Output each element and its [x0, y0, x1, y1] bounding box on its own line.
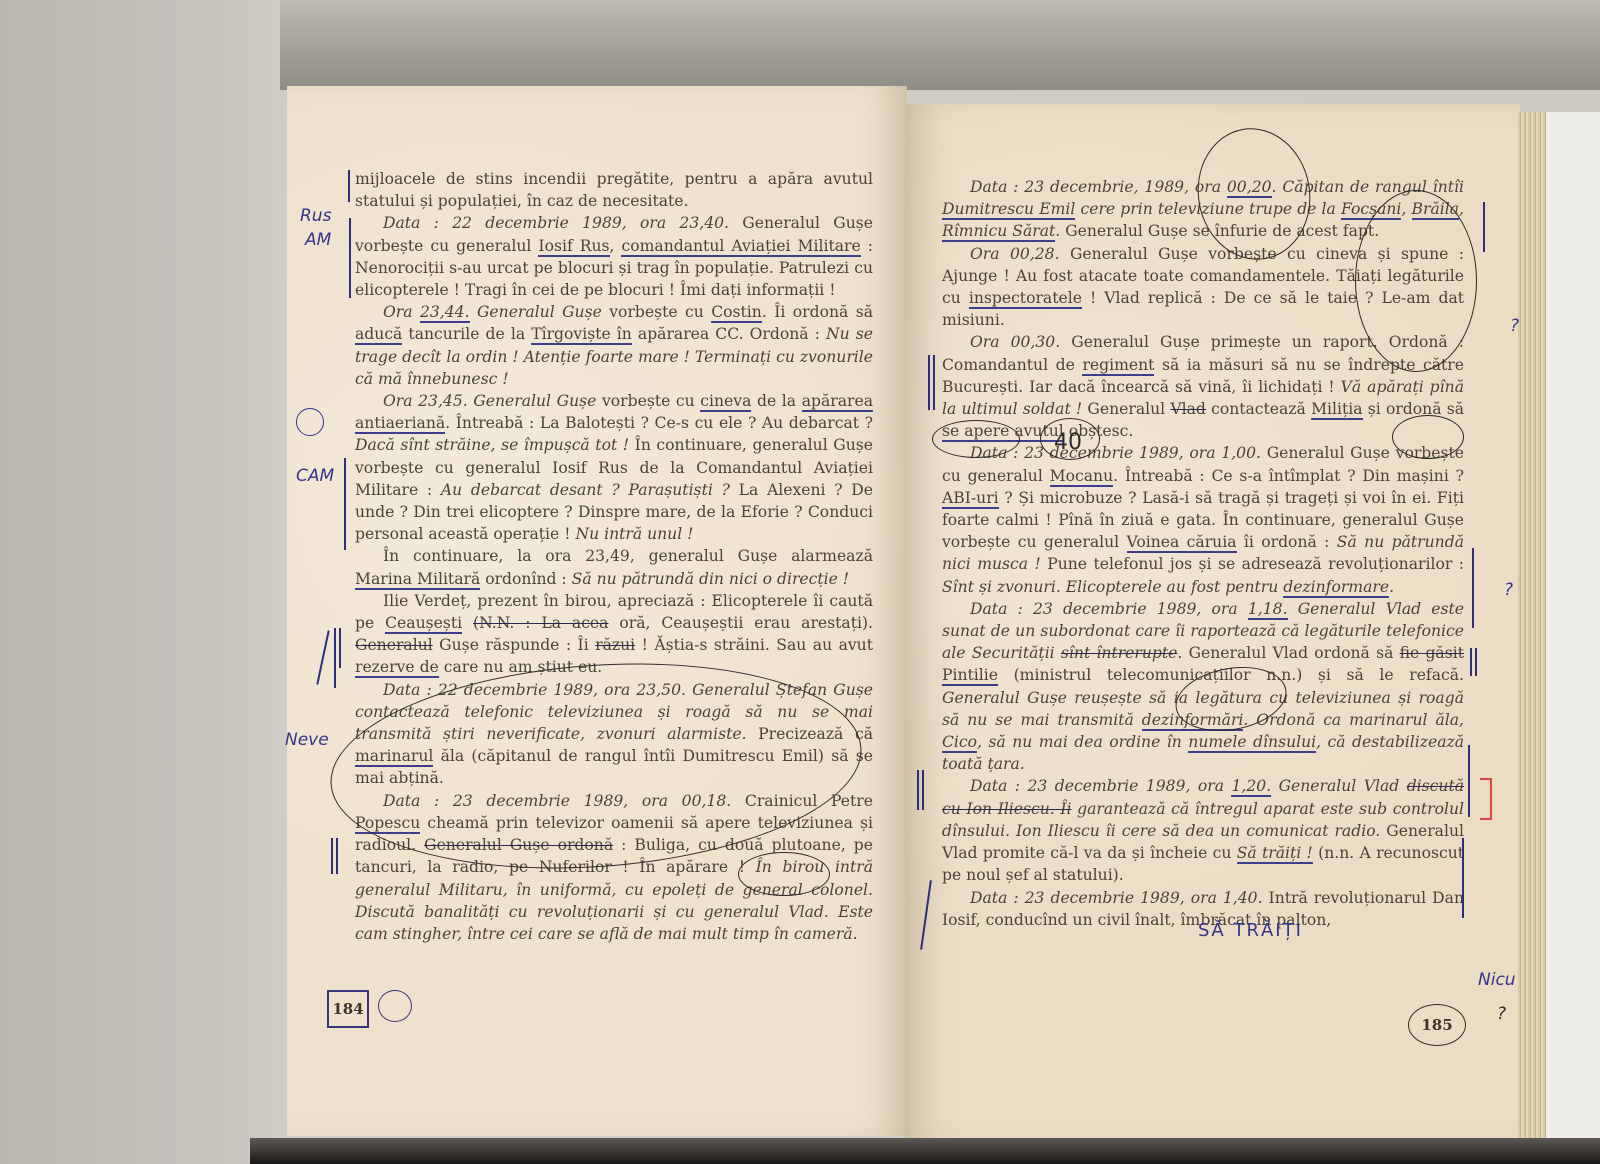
paragraph: Ora 23,44. Generalul Gușe vorbește cu Co… [355, 301, 873, 390]
underlined-text: 1,20. [1231, 777, 1271, 797]
text-run: , [1459, 200, 1464, 218]
text-run: Ora 00,30. [970, 333, 1060, 351]
paragraph: Data : 22 decembrie 1989, ora 23,40. Gen… [355, 212, 873, 301]
text-run: . Ordonă ca marinarul ăla, [1243, 711, 1464, 729]
scanner-shadow-bottom [250, 1138, 1600, 1164]
text-run [462, 614, 473, 632]
annotation-40: 40 [1054, 430, 1082, 455]
underlined-text: Miliția [1311, 400, 1362, 420]
paragraph: Data : 23 decembrie 1989, ora 1,20. Gene… [942, 775, 1464, 886]
text-run: vorbește cu [596, 392, 700, 410]
margin-bar [334, 628, 336, 688]
text-run: Generalul [1082, 400, 1170, 418]
underlined-text: rezerve de [355, 658, 439, 678]
annotation-rus: Rus [300, 206, 331, 226]
question-mark: ? [1504, 580, 1513, 600]
underlined-text: Voinea căruia [1127, 533, 1237, 553]
margin-bracket [348, 170, 350, 202]
underlined-text: dezinformare [1283, 578, 1389, 598]
margin-bar [1462, 838, 1464, 918]
underlined-text: Ceaușești [385, 614, 462, 634]
text-run: Ora [383, 303, 420, 321]
underlined-text: 23,44. [420, 303, 470, 323]
question-mark: ? [1497, 1004, 1506, 1024]
underlined-text: regiment [1082, 356, 1154, 376]
underlined-text: aducă [355, 325, 402, 345]
text-run: În continuare, la ora 23,49, generalul G… [383, 547, 873, 565]
struck-text: Generalul [355, 636, 433, 654]
text-run: apărarea CC. Ordonă : [632, 325, 826, 343]
text-run: și ordonă să [1363, 400, 1464, 418]
margin-bar [331, 838, 333, 874]
page-number-box: 184 [327, 990, 369, 1028]
struck-text: răzui [595, 636, 635, 654]
text-run: , [610, 237, 622, 255]
scanner-bed-right [1546, 112, 1600, 1142]
text-run: Nu intră unul ! [575, 525, 693, 543]
text-run: Să nu pătrundă din nici o direcție ! [572, 570, 849, 588]
margin-bar [336, 838, 338, 874]
annotation-neve: Neve [285, 730, 329, 750]
struck-text: sînt întrerupte [1061, 644, 1177, 662]
text-run: Gușe răspunde : Îi [433, 636, 595, 654]
scanner-shadow-top [280, 0, 1600, 90]
annotation-cam: CAM [296, 466, 334, 486]
paragraph: mijloacele de stins incendii pregătite, … [355, 168, 873, 212]
text-run: ordonînd : [480, 570, 571, 588]
text-run: . Îi ordonă să [762, 303, 873, 321]
underlined-text: Cico [942, 733, 977, 753]
text-run: Data : 23 decembrie 1989, ora [970, 600, 1248, 618]
page-number-left: 184 [332, 1000, 363, 1018]
page-number-circle: 185 [1408, 1004, 1466, 1046]
text-run: Sînt și zvonuri. Elicopterele au fost pe… [942, 578, 1283, 596]
margin-bar [1483, 202, 1485, 252]
text-run: Au debarcat desant ? Parașutiști ? [441, 481, 730, 499]
text-run: Ora 00,28. [970, 245, 1060, 263]
page-number-right: 185 [1421, 1016, 1452, 1034]
text-run: . Întreabă : La Balotești ? Ce-s cu ele … [445, 414, 873, 432]
circled-symbol [296, 408, 324, 436]
margin-bar [339, 628, 341, 668]
struck-text: fie găsit [1400, 644, 1464, 662]
margin-bar [349, 218, 351, 298]
margin-bar [933, 355, 935, 410]
margin-bar [1470, 648, 1472, 676]
paragraph: Data : 23 decembrie 1989, ora 1,00. Gene… [942, 442, 1464, 597]
underlined-text: Rîmnicu Sărat [942, 222, 1055, 242]
text-run: . [1389, 578, 1394, 596]
pencil-circle [1392, 415, 1464, 459]
text-run: mijloacele de stins incendii pregătite, … [355, 170, 873, 210]
question-mark: ? [1510, 316, 1519, 336]
text-run: tancurile de la [402, 325, 531, 343]
underlined-text: Pintilie [942, 666, 998, 686]
underlined-text: Marina Militară [355, 570, 480, 590]
pencil-circle [738, 852, 830, 896]
text-run: Data : 23 decembrie 1989, ora [970, 777, 1231, 795]
text-run: Generalul Gușe [470, 303, 602, 321]
text-run: Data : 23 decembrie, 1989, ora [970, 178, 1227, 196]
margin-bar [344, 458, 346, 550]
paragraph: În continuare, la ora 23,49, generalul G… [355, 545, 873, 589]
text-run: Generalul Vlad [1271, 777, 1407, 795]
annotation-am: AM [305, 230, 331, 250]
margin-bar [922, 770, 924, 810]
red-margin-bracket [1480, 778, 1492, 820]
text-run: ! Ăștia-s străini. Sau au avut [635, 636, 873, 654]
text-run: . Întreabă : Ce s-a întîmplat ? Din mași… [1113, 467, 1464, 485]
text-run: de la [751, 392, 801, 410]
text-run: , să nu mai dea ordine în [977, 733, 1188, 751]
underlined-text: ABI-uri [942, 489, 999, 509]
annotation-sa-traiti: SĂ TRĂIȚI [1198, 920, 1303, 941]
text-run: . Generalul Vlad ordonă să [1177, 644, 1399, 662]
underlined-text: 1,18. [1248, 600, 1288, 620]
text-run: vorbește cu [602, 303, 711, 321]
text-run: Data : 23 decembrie 1989, ora 1,40. [970, 889, 1263, 907]
text-run: oră, Ceaușeștii erau arestați). [608, 614, 873, 632]
text-run: Data : 22 decembrie 1989, ora 23,40. [383, 214, 729, 232]
underlined-text: Iosif Rus [538, 237, 609, 257]
paragraph: Ora 23,45. Generalul Gușe vorbește cu ci… [355, 390, 873, 545]
text-run: contactează [1206, 400, 1311, 418]
struck-text: (N.N. : La acea [473, 614, 608, 632]
margin-bar [1472, 548, 1474, 628]
underlined-text: cineva [700, 392, 751, 412]
pencil-circle [1355, 190, 1477, 372]
underlined-text: Dumitrescu Emil [942, 200, 1075, 220]
underlined-text: Mocanu [1050, 467, 1113, 487]
underlined-text: Să trăiți ! [1237, 844, 1313, 864]
book-page-edges [1518, 112, 1546, 1142]
margin-bar [1468, 745, 1470, 817]
pencil-circle [932, 420, 1020, 458]
margin-bar [1475, 648, 1477, 676]
margin-bar [928, 355, 930, 410]
text-run: Pune telefonul jos și se adresează revol… [1041, 555, 1464, 573]
underlined-text: Costin [711, 303, 762, 323]
underlined-text: numele dînsului [1188, 733, 1316, 753]
underlined-text: inspectoratele [969, 289, 1082, 309]
text-run: Dacă sînt străine, se împușcă tot ! [355, 436, 629, 454]
underlined-text: Tîrgoviște în [531, 325, 632, 345]
struck-text: Vlad [1170, 400, 1206, 418]
circled-initial [378, 990, 412, 1022]
underlined-text: comandantul Aviației Militare [621, 237, 860, 257]
annotation-nicu: Nicu [1478, 970, 1516, 990]
text-run: Ora 23,45. Generalul Gușe [383, 392, 596, 410]
margin-bar [917, 770, 919, 810]
text-run: îi ordonă : [1237, 533, 1337, 551]
